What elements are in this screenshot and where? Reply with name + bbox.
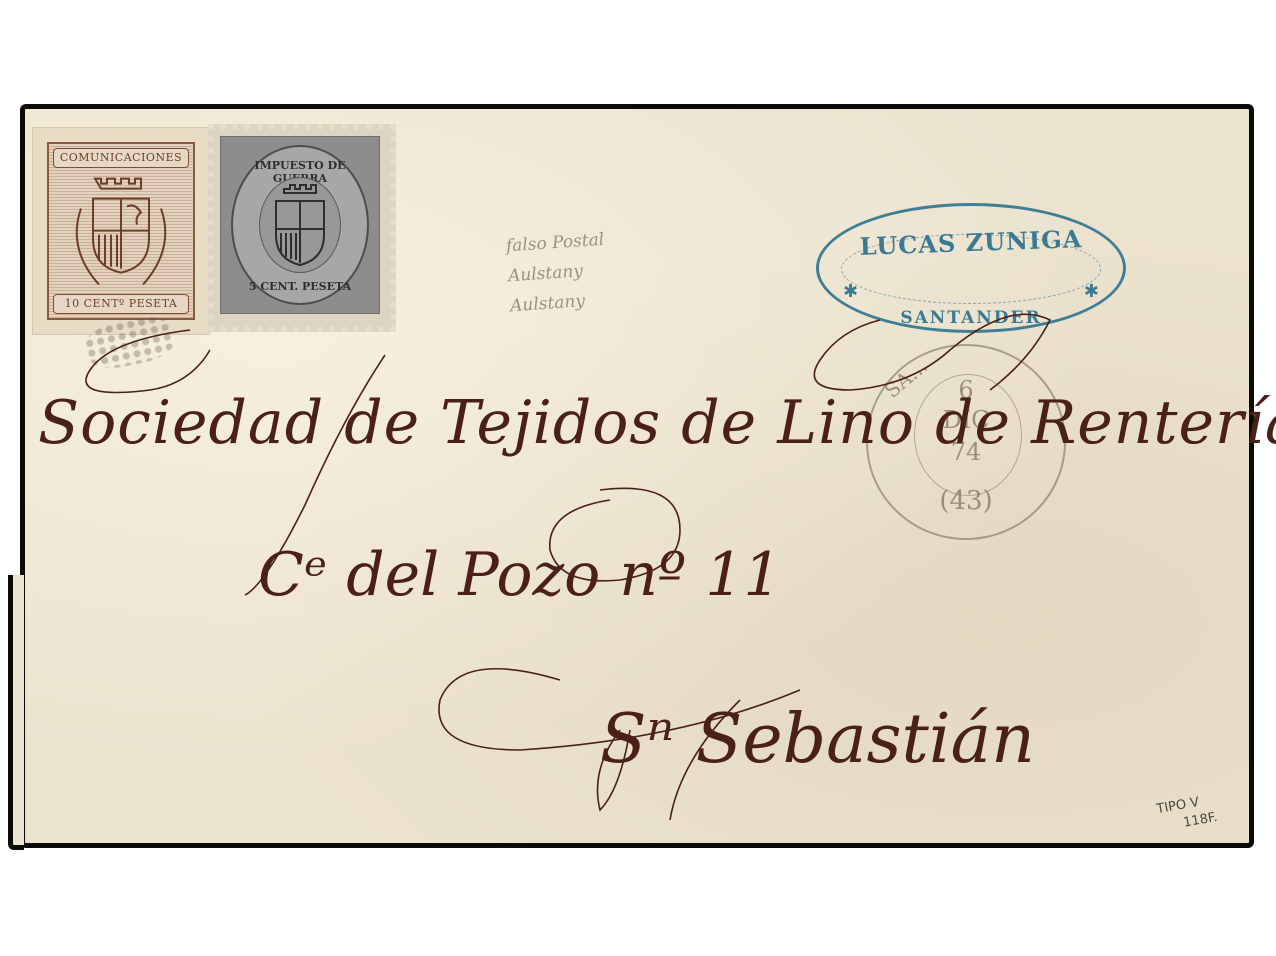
- datestamp-code: (43): [868, 486, 1064, 516]
- cachet-city: SANTANDER: [819, 308, 1123, 328]
- stamp-oval-bottom-text: 5 CENT. PESETA: [233, 280, 367, 293]
- stamp-5-cent-impuesto-de-guerra: IMPUESTO DE GUERRA 5 CENT. PESETA: [208, 124, 396, 332]
- stamp-top-label: COMUNICACIONES: [53, 148, 189, 168]
- stamp-oval: IMPUESTO DE GUERRA 5 CENT. PESETA: [231, 145, 369, 305]
- pencil-annotation: falso Postal Aulstany Aulstany: [505, 225, 609, 322]
- sender-cachet: LUCAS ZUNIGA ✱ ✱ SANTANDER: [816, 203, 1126, 333]
- stamp-10-cent-comunicaciones: COMUNICACIONES 10 CENTº PESETA: [33, 128, 209, 334]
- asterisk-icon: ✱: [1084, 281, 1099, 302]
- asterisk-icon: ✱: [843, 281, 858, 302]
- coat-of-arms-icon: [260, 177, 340, 277]
- stamp-value-label: 10 CENTº PESETA: [53, 294, 189, 314]
- address-line-city: Sⁿ Sebastián: [600, 700, 1035, 779]
- stamp-frame: IMPUESTO DE GUERRA 5 CENT. PESETA: [220, 136, 380, 314]
- address-line-street: Cᵉ del Pozo nº 11: [258, 540, 782, 610]
- address-line-addressee: Sociedad de Tejidos de Lino de Rentería: [38, 388, 1276, 458]
- cover-edge-notch: [8, 575, 24, 850]
- stamp-frame: COMUNICACIONES 10 CENTº PESETA: [47, 142, 195, 320]
- coat-of-arms-icon: [61, 169, 181, 299]
